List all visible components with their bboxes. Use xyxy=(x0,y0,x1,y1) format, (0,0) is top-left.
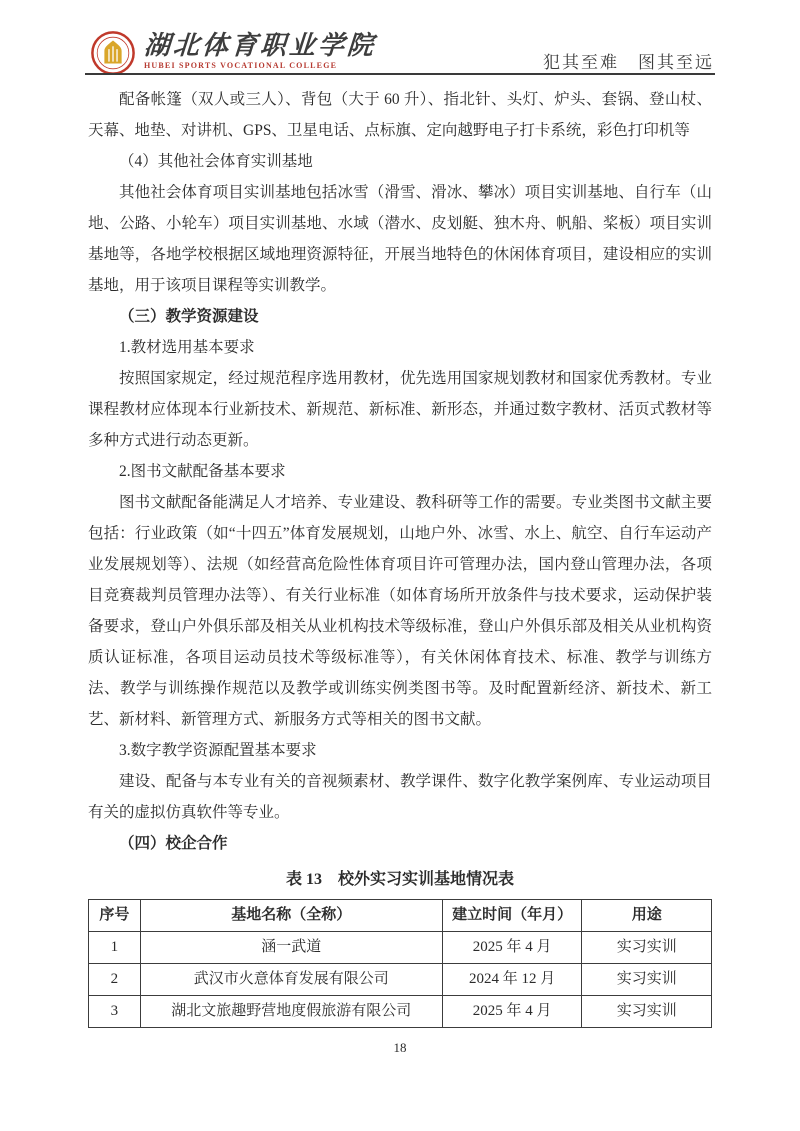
paragraph: 图书文献配备能满足人才培养、专业建设、教科研等工作的需要。专业类图书文献主要包括… xyxy=(88,487,712,735)
paragraph: 3.数字教学资源配置基本要求 xyxy=(88,735,712,766)
table-cell: 2025 年 4 月 xyxy=(442,996,582,1028)
paragraph: 其他社会体育项目实训基地包括冰雪（滑雪、滑冰、攀冰）项目实训基地、自行车（山地、… xyxy=(88,177,712,301)
table-header-cell: 序号 xyxy=(89,900,141,932)
table-header-cell: 用途 xyxy=(582,900,712,932)
table-row: 2武汉市火意体育发展有限公司2024 年 12 月实习实训 xyxy=(89,964,712,996)
document-body: 配备帐篷（双人或三人）、背包（大于 60 升）、指北针、头灯、炉头、套锅、登山杖… xyxy=(88,84,712,1028)
paragraph: （4）其他社会体育实训基地 xyxy=(88,146,712,177)
table-header-row: 序号基地名称（全称）建立时间（年月）用途 xyxy=(89,900,712,932)
table-row: 1涵一武道2025 年 4 月实习实训 xyxy=(89,932,712,964)
paragraph: 2.图书文献配备基本要求 xyxy=(88,456,712,487)
paragraph: 1.教材选用基本要求 xyxy=(88,332,712,363)
table-cell: 1 xyxy=(89,932,141,964)
table-row: 3湖北文旅趣野营地度假旅游有限公司2025 年 4 月实习实训 xyxy=(89,996,712,1028)
table-cell: 2025 年 4 月 xyxy=(442,932,582,964)
table-body: 1涵一武道2025 年 4 月实习实训2武汉市火意体育发展有限公司2024 年 … xyxy=(89,932,712,1028)
college-name-block: 湖北体育职业学院 HUBEI SPORTS VOCATIONAL COLLEGE xyxy=(144,32,376,70)
table-title: 表 13 校外实习实训基地情况表 xyxy=(88,865,712,895)
table-cell: 2 xyxy=(89,964,141,996)
document-page: 湖北体育职业学院 HUBEI SPORTS VOCATIONAL COLLEGE… xyxy=(0,0,800,1131)
table-header-cell: 建立时间（年月） xyxy=(442,900,582,932)
paragraphs: 配备帐篷（双人或三人）、背包（大于 60 升）、指北针、头灯、炉头、套锅、登山杖… xyxy=(88,84,712,859)
paragraph: 建设、配备与本专业有关的音视频素材、教学课件、数字化教学案例库、专业运动项目有关… xyxy=(88,766,712,828)
page-header: 湖北体育职业学院 HUBEI SPORTS VOCATIONAL COLLEGE… xyxy=(0,0,800,76)
college-seal-logo xyxy=(90,30,136,76)
table-header-cell: 基地名称（全称） xyxy=(140,900,442,932)
header-rule xyxy=(85,73,715,75)
table-cell: 实习实训 xyxy=(582,932,712,964)
paragraph: 按照国家规定，经过规范程序选用教材，优先选用国家规划教材和国家优秀教材。专业课程… xyxy=(88,363,712,456)
table-cell: 涵一武道 xyxy=(140,932,442,964)
section-heading: （四）校企合作 xyxy=(88,828,712,859)
page-number: 18 xyxy=(0,1040,800,1056)
table-cell: 武汉市火意体育发展有限公司 xyxy=(140,964,442,996)
table-cell: 3 xyxy=(89,996,141,1028)
table-cell: 湖北文旅趣野营地度假旅游有限公司 xyxy=(140,996,442,1028)
college-motto: 犯其至难 图其至远 xyxy=(543,48,714,73)
paragraph: 配备帐篷（双人或三人）、背包（大于 60 升）、指北针、头灯、炉头、套锅、登山杖… xyxy=(88,84,712,146)
table-training-bases: 序号基地名称（全称）建立时间（年月）用途 1涵一武道2025 年 4 月实习实训… xyxy=(88,899,712,1028)
college-name-en: HUBEI SPORTS VOCATIONAL COLLEGE xyxy=(144,61,376,70)
table-header-row: 序号基地名称（全称）建立时间（年月）用途 xyxy=(89,900,712,932)
table-cell: 2024 年 12 月 xyxy=(442,964,582,996)
section-heading: （三）教学资源建设 xyxy=(88,301,712,332)
table-cell: 实习实训 xyxy=(582,996,712,1028)
table-cell: 实习实训 xyxy=(582,964,712,996)
college-name-zh: 湖北体育职业学院 xyxy=(143,32,377,60)
